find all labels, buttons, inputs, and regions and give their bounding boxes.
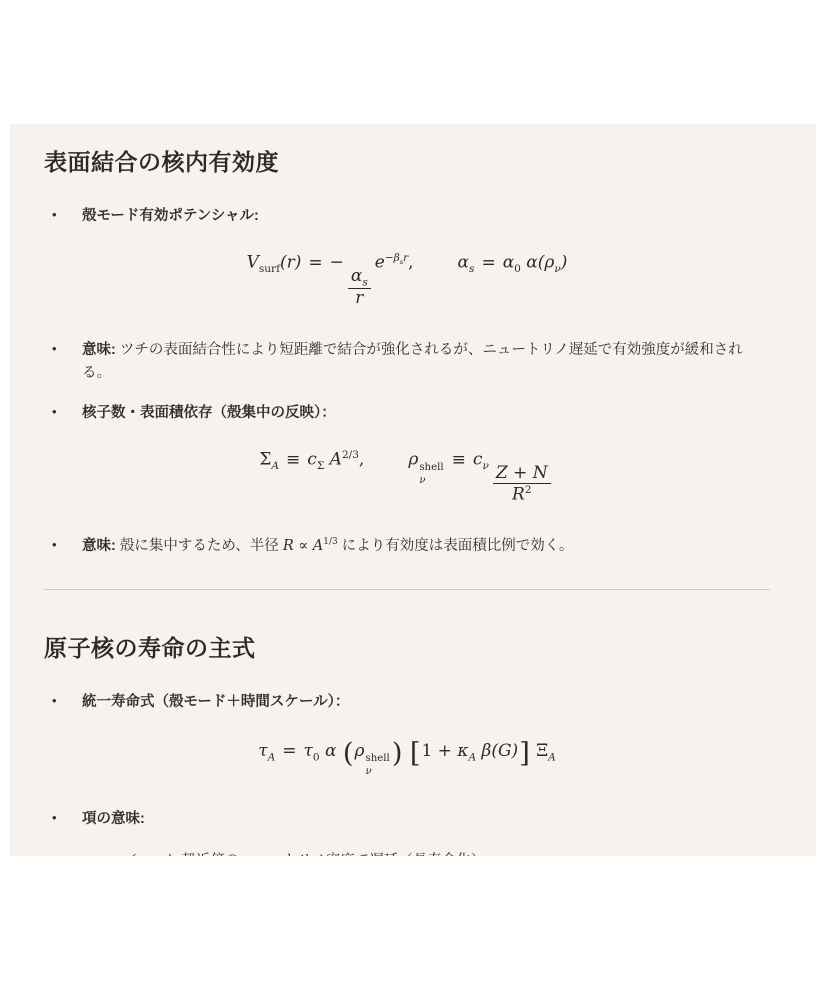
math-token: A [271, 460, 279, 472]
math-token: Σ [317, 460, 324, 472]
formula-lifetime: τA=τ0 α (ρshellν) [1 + κA β(G)] ΞA [44, 738, 770, 778]
math-token: s [362, 276, 367, 288]
list-item: • 統一寿命式（殻モード＋時間スケール）： [44, 691, 770, 714]
math-supsub: shellν [419, 462, 443, 486]
bullet-marker: • [52, 205, 57, 226]
math-token: , [359, 450, 364, 470]
math-token: α(ρ [120, 853, 144, 856]
math-token: A [330, 450, 342, 470]
math-token: α [325, 741, 336, 761]
formula-surface-area: ΣA≡cΣ A2/3,ρshellν≡cνZ + NR2 [44, 449, 770, 505]
math-token: α [458, 253, 469, 273]
bullet-text: 殻近傍のニュートリノ密度で遅延（長寿命化）。 [177, 853, 492, 856]
math-token: τ [303, 741, 312, 761]
math-fraction: Z + NR2 [493, 464, 551, 506]
bullet-lead: 意味: [82, 342, 116, 358]
math-token: α [351, 266, 362, 286]
math-token: R [512, 485, 525, 505]
bullet-marker: • [52, 808, 57, 829]
formula-surface-potential: Vsurf(r)=−αsre−βsr,αs=α0 α(ρν) [44, 252, 770, 308]
section2-heading: 原子核の寿命の主式 [44, 630, 770, 663]
math-token: ≡ [286, 450, 300, 470]
math-token: ) [561, 253, 568, 273]
math-token: shell [365, 753, 389, 765]
math-token: e [375, 253, 385, 273]
math-paren: ) [392, 738, 403, 769]
math-token: Z + N [493, 464, 551, 484]
math-token: c [473, 450, 483, 470]
math-token: = [282, 741, 296, 761]
math-token: −β [385, 252, 400, 264]
list-item: • 意味: 殻に集中するため、半径 R ∝ A1/3 により有効度は表面積比例で… [44, 535, 770, 558]
bullet-label: 項の意味: [82, 811, 145, 827]
math-token: ν [482, 460, 488, 472]
bullet-text: により有効度は表面積比例で効く。 [338, 538, 574, 554]
inline-math: R ∝ A1/3 [283, 538, 338, 554]
sub-bullet-marker: ○ [91, 850, 97, 856]
bullet-marker: • [52, 691, 57, 712]
math-token: c [307, 450, 317, 470]
math-token: 1/3 [323, 538, 337, 548]
math-token: ρ [354, 741, 364, 761]
math-token: 2/3 [342, 449, 359, 461]
bullet-text: 殻に集中するため、半径 [116, 538, 283, 554]
math-token: α [503, 253, 514, 273]
math-token: ν [365, 766, 371, 778]
math-paren: ( [343, 738, 354, 769]
math-token: ): [167, 853, 178, 856]
math-token: (r) [280, 253, 301, 273]
math-token: − [330, 253, 344, 273]
math-token: α(ρ [526, 253, 554, 273]
math-token: A [468, 751, 476, 763]
math-token: = [481, 253, 495, 273]
bullet-marker: • [52, 339, 57, 360]
math-token: V [247, 253, 259, 273]
math-bracket: [ [410, 738, 421, 769]
bullet-label: 殻モード有効ポテンシャル: [82, 208, 259, 224]
math-token: shell [419, 462, 443, 474]
math-token: ≡ [452, 450, 466, 470]
math-token: ρ [408, 450, 418, 470]
section1-heading: 表面結合の核内有効度 [44, 144, 770, 177]
math-token: s [469, 263, 474, 275]
math-token: Σ [259, 450, 271, 470]
math-token: = [308, 253, 322, 273]
math-bracket: ] [519, 738, 530, 769]
math-token: R ∝ A [283, 538, 323, 554]
math-token: ν [419, 475, 425, 487]
bullet-label: 統一寿命式（殻モード＋時間スケール）： [82, 694, 349, 710]
math-token: τ [258, 741, 267, 761]
math-token: 0 [313, 751, 320, 763]
math-token: A [548, 751, 556, 763]
math-token: r [348, 288, 371, 309]
math-token: 0 [514, 263, 521, 275]
math-token: κ [457, 741, 468, 761]
list-item: • 核子数・表面積依存（殻集中の反映）： [44, 402, 770, 425]
sub-list-item: ○ α(ρshellν): 殻近傍のニュートリノ密度で遅延（長寿命化）。 [44, 848, 770, 856]
bullet-label: 核子数・表面積依存（殻集中の反映）： [82, 405, 336, 421]
inline-math: α(ρshellν): [120, 853, 177, 856]
math-token: 1 + [421, 741, 457, 761]
math-token: Ξ [536, 741, 548, 761]
math-token: surf [259, 263, 280, 275]
list-item: • 意味: ツチの表面結合性により短距離で結合が強化されるが、ニュートリノ遅延で… [44, 339, 770, 385]
bullet-text: ツチの表面結合性により短距離で結合が強化されるが、ニュートリノ遅延で有効強度が緩… [82, 342, 743, 381]
bullet-marker: • [52, 402, 57, 423]
math-token: A [268, 751, 276, 763]
math-token: 2 [525, 484, 532, 496]
list-item: • 項の意味: [44, 808, 770, 831]
math-fraction: αsr [348, 267, 371, 309]
list-item: • 殻モード有効ポテンシャル: [44, 205, 770, 228]
math-token: , [408, 253, 413, 273]
document-card: 表面結合の核内有効度 • 殻モード有効ポテンシャル: Vsurf(r)=−αsr… [10, 124, 816, 856]
bullet-marker: • [52, 535, 57, 556]
math-token: β(G) [482, 741, 519, 761]
bullet-lead: 意味: [82, 538, 116, 554]
math-supsub: shellν [365, 753, 389, 777]
section-divider [44, 589, 770, 590]
